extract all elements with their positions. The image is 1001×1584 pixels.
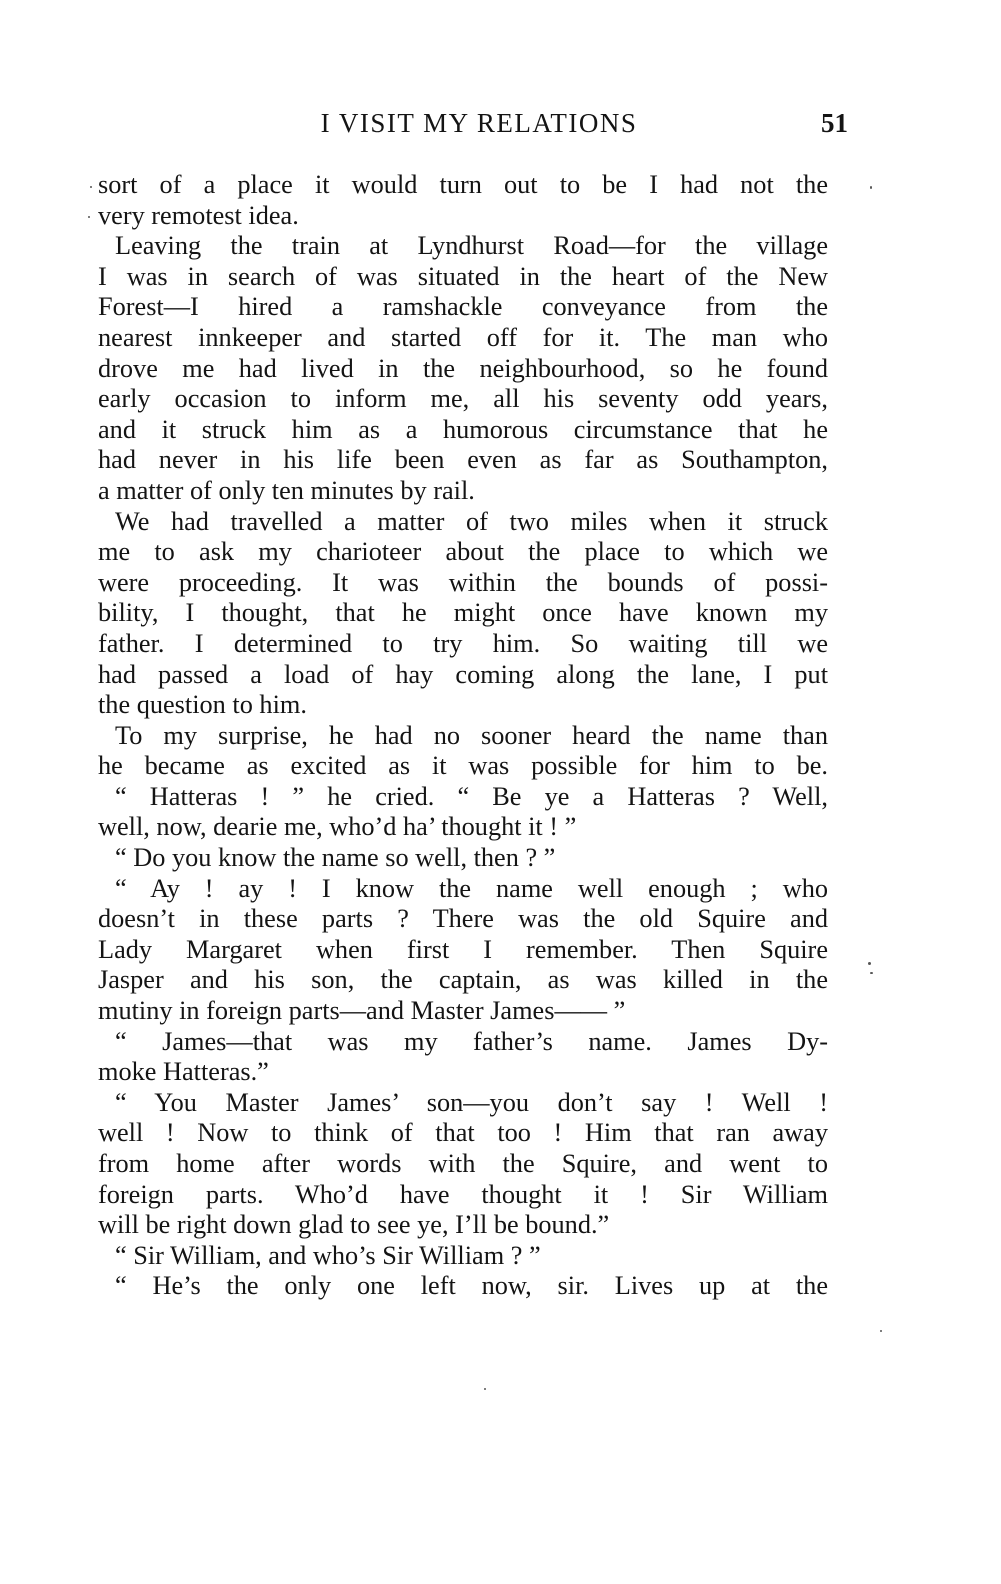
text-line: “ He’s the only one left now, sir. Lives…	[98, 1271, 828, 1302]
text-line: “ Sir William, and who’s Sir William ? ”	[98, 1241, 828, 1272]
scan-speck	[90, 186, 92, 188]
running-head: I VISIT MY RELATIONS 51	[100, 108, 848, 148]
text-line: nearest innkeeper and started off for it…	[98, 323, 828, 354]
text-line: drove me had lived in the neighbourhood,…	[98, 354, 828, 385]
text-line: doesn’t in these parts ? There was the o…	[98, 904, 828, 935]
scan-speck	[880, 1330, 882, 1332]
text-line: well, now, dearie me, who’d ha’ thought …	[98, 812, 828, 843]
text-line: and it struck him as a humorous circumst…	[98, 415, 828, 446]
text-line: well ! Now to think of that too ! Him th…	[98, 1118, 828, 1149]
scan-speck	[870, 186, 872, 189]
text-line: had passed a load of hay coming along th…	[98, 660, 828, 691]
text-line: Jasper and his son, the captain, as was …	[98, 965, 828, 996]
text-line: To my surprise, he had no sooner heard t…	[98, 721, 828, 752]
text-line: he became as excited as it was possible …	[98, 751, 828, 782]
text-line: early occasion to inform me, all his sev…	[98, 384, 828, 415]
text-line: foreign parts. Who’d have thought it ! S…	[98, 1180, 828, 1211]
text-line: “ You Master James’ son—you don’t say ! …	[98, 1088, 828, 1119]
text-line: sort of a place it would turn out to be …	[98, 170, 828, 201]
text-line: the question to him.	[98, 690, 828, 721]
text-line: had never in his life been even as far a…	[98, 445, 828, 476]
text-line: mutiny in foreign parts—and Master James…	[98, 996, 828, 1027]
text-line: me to ask my charioteer about the place …	[98, 537, 828, 568]
text-line: “ Ay ! ay ! I know the name well enough …	[98, 874, 828, 905]
text-line: from home after words with the Squire, a…	[98, 1149, 828, 1180]
scan-speck	[870, 972, 873, 974]
text-line: Forest—I hired a ramshackle conveyance f…	[98, 292, 828, 323]
text-line: Leaving the train at Lyndhurst Road—for …	[98, 231, 828, 262]
scan-speck	[484, 1388, 486, 1390]
text-line: Lady Margaret when first I remember. The…	[98, 935, 828, 966]
text-line: a matter of only ten minutes by rail.	[98, 476, 828, 507]
running-title: I VISIT MY RELATIONS	[100, 108, 848, 139]
text-line: were proceeding. It was within the bound…	[98, 568, 828, 599]
text-line: “ Do you know the name so well, then ? ”	[98, 843, 828, 874]
text-line: bility, I thought, that he might once ha…	[98, 598, 828, 629]
body-text: sort of a place it would turn out to be …	[98, 170, 828, 1302]
text-line: “ Hatteras ! ” he cried. “ Be ye a Hatte…	[98, 782, 828, 813]
text-line: “ James—that was my father’s name. James…	[98, 1027, 828, 1058]
text-line: will be right down glad to see ye, I’ll …	[98, 1210, 828, 1241]
book-page: I VISIT MY RELATIONS 51 sort of a place …	[0, 0, 1001, 1584]
scan-speck	[868, 962, 871, 965]
text-line: moke Hatteras.”	[98, 1057, 828, 1088]
scan-speck	[88, 216, 90, 218]
text-line: father. I determined to try him. So wait…	[98, 629, 828, 660]
page-number: 51	[821, 108, 848, 139]
text-line: I was in search of was situated in the h…	[98, 262, 828, 293]
text-line: very remotest idea.	[98, 201, 828, 232]
text-line: We had travelled a matter of two miles w…	[98, 507, 828, 538]
